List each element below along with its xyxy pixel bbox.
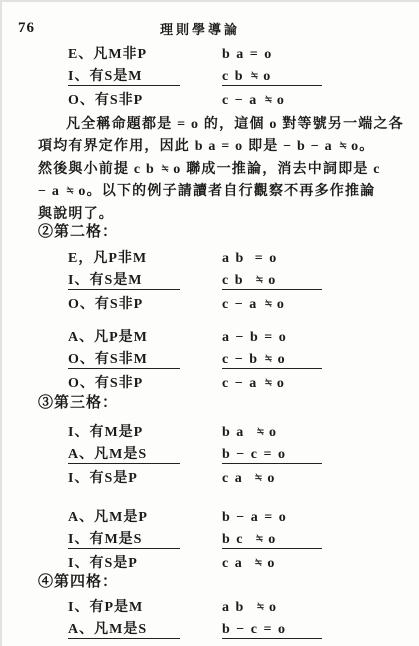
body-paragraph: 凡全稱命題都是 = o 的，這個 o 對等號另一端之各項均有界定作用，因此 b … [38,114,402,226]
syllogism-premise-label: O、有S非M [68,348,180,369]
syllogism-formula: c a ≠ o [222,471,322,487]
syllogism-premise-label: E、凡M非P [68,43,180,63]
syllogism-row: I、有S是Mc b ≠ o [68,267,419,290]
section-heading: ②第二格： [38,223,419,241]
syllogism-premise-label: I、有M是P [68,421,180,441]
syllogism-row: O、有S非Pc − a ≠ o [68,86,419,109]
syllogism-formula: c − a ≠ o [222,93,322,109]
syllogism-row: E、凡M非Pb a = o [68,40,419,63]
syllogism-row: A、凡M是Sb − c = o [68,616,419,639]
syllogism-premise-label: O、有S非P [68,89,180,109]
not-equal-sign: ≠ [338,136,347,158]
syllogism-formula: b − c = o [222,447,322,464]
syllogism-premise-label: I、有S是M [68,269,180,290]
syllogism-block: A、凡M是Pb − a = oI、有M是Sb c ≠ oI、有S是Pc a ≠ … [68,503,419,572]
syllogism-premise-label: A、凡M是S [68,618,180,639]
not-equal-sign: ≠ [255,425,264,441]
not-equal-sign: ≠ [254,532,263,548]
syllogism-formula: c b ≠ o [222,273,322,290]
syllogism-block: E，凡P非Ma b = oI、有S是Mc b ≠ oO、有S非Pc − a ≠ … [68,244,419,313]
not-equal-sign: ≠ [255,600,264,616]
not-equal-sign: ≠ [160,159,169,181]
syllogism-premise-label: I、有M是S [68,528,180,549]
syllogism-block: I、有M是Pb a ≠ oA、凡M是Sb − c = oI、有S是Pc a ≠ … [68,418,419,487]
syllogism-row: A、凡M是Pb − a = o [68,503,419,526]
syllogism-premise-label: O、有S非P [68,372,180,392]
not-equal-sign: ≠ [263,297,272,313]
syllogism-premise-label: I、有S是P [68,467,180,487]
syllogism-formula: c b ≠ o [222,69,322,86]
syllogism-formula: a b ≠ o [222,600,322,616]
syllogism-formula: b c ≠ o [222,532,322,549]
syllogism-row: O、有S非Mc − b ≠ o [68,346,419,369]
not-equal-sign: ≠ [263,93,272,109]
syllogism-row: I、有S是Mc b ≠ o [68,63,419,86]
syllogism-premise-label: O、有S非P [68,293,180,313]
syllogism-row: O、有S非Pc − a ≠ o [68,369,419,392]
syllogism-row: A、凡M是Sb − c = o [68,441,419,464]
syllogism-row: I、有S是Pc a ≠ o [68,464,419,487]
syllogism-premise-label: A、凡M是S [68,443,180,464]
not-equal-sign: ≠ [65,181,74,203]
syllogism-row: I、有M是Sb c ≠ o [68,526,419,549]
book-page-scan: 76 理則學導論 E、凡M非Pb a = oI、有S是Mc b ≠ oO、有S非… [0,0,419,646]
syllogism-row: I、有M是Pb a ≠ o [68,418,419,441]
syllogism-premise-label: I、有S是M [68,65,180,86]
figure-sections: ②第二格：E，凡P非Ma b = oI、有S是Mc b ≠ oO、有S非Pc −… [0,223,419,639]
syllogism-formula: b a ≠ o [222,425,322,441]
syllogism-premise-label: A、凡P是M [68,326,180,346]
syllogism-premise-label: A、凡M是P [68,506,180,526]
not-equal-sign: ≠ [254,273,263,289]
syllogism-formula: a − b = o [222,330,322,346]
syllogism-premise-label: I、有P是M [68,596,180,616]
syllogism-formula: b a = o [222,47,322,63]
paragraph-line: − a ≠ o。以下的例子請讀者自行觀察不再多作推論 [38,181,402,203]
not-equal-sign: ≠ [249,69,258,85]
page-content: E、凡M非Pb a = oI、有S是Mc b ≠ oO、有S非Pc − a ≠ … [0,40,419,639]
not-equal-sign: ≠ [263,376,272,392]
syllogism-row: A、凡P是Ma − b = o [68,323,419,346]
paragraph-line: 然後與小前提 c b ≠ o 聯成一推論，消去中詞即是 c [38,159,402,181]
not-equal-sign: ≠ [263,352,272,368]
section-heading: ③第三格： [38,394,419,412]
running-header: 理則學導論 [0,19,400,38]
syllogism-formula: c a ≠ o [222,556,322,572]
syllogism-block: A、凡P是Ma − b = oO、有S非Mc − b ≠ oO、有S非Pc − … [68,323,419,392]
syllogism-block-figure1: E、凡M非Pb a = oI、有S是Mc b ≠ oO、有S非Pc − a ≠ … [68,40,419,109]
syllogism-formula: c − b ≠ o [222,352,322,369]
syllogism-row: I、有P是Ma b ≠ o [68,593,419,616]
syllogism-row: E，凡P非Ma b = o [68,244,419,267]
syllogism-premise-label: I、有S是P [68,552,180,572]
syllogism-formula: b − a = o [222,510,322,526]
paragraph-line: 項均有界定作用，因此 b a = o 即是 − b − a ≠ o。 [38,136,402,158]
syllogism-formula: a b = o [222,251,322,267]
syllogism-row: I、有S是Pc a ≠ o [68,549,419,572]
syllogism-formula: c − a ≠ o [222,376,322,392]
syllogism-row: O、有S非Pc − a ≠ o [68,290,419,313]
not-equal-sign: ≠ [253,471,262,487]
syllogism-formula: c − a ≠ o [222,297,322,313]
syllogism-premise-label: E，凡P非M [68,247,180,267]
syllogism-block: I、有P是Ma b ≠ oA、凡M是Sb − c = o [68,593,419,639]
syllogism-formula: b − c = o [222,622,322,639]
not-equal-sign: ≠ [253,556,262,572]
paragraph-line: 凡全稱命題都是 = o 的，這個 o 對等號另一端之各 [38,114,402,136]
section-heading: ④第四格： [38,573,419,591]
